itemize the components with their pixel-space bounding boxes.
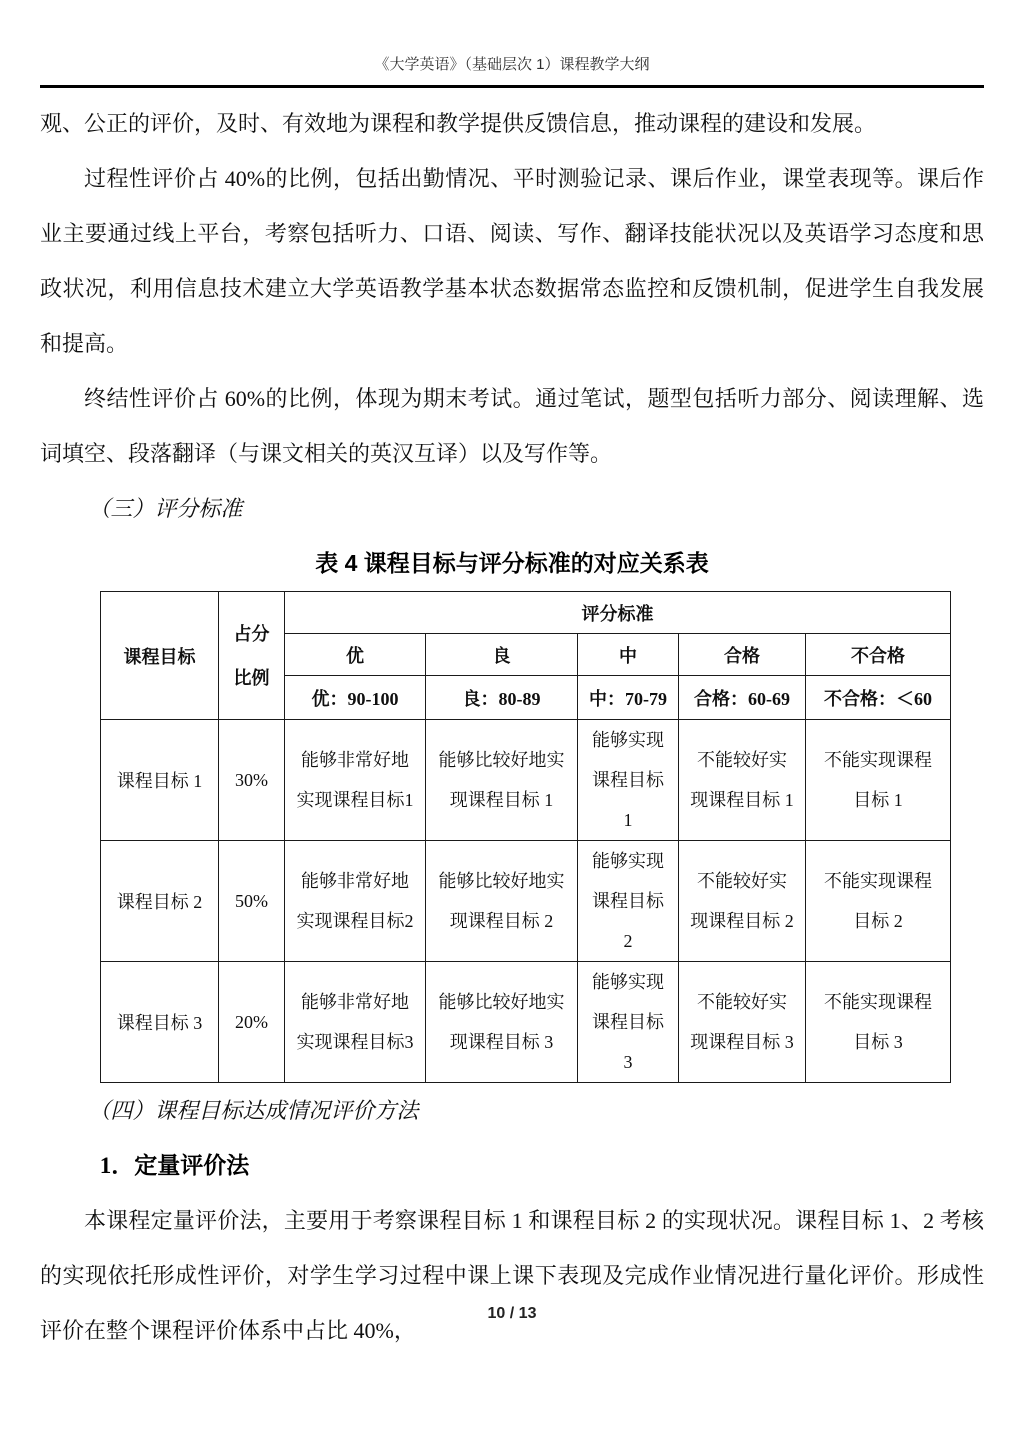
running-header: 《大学英语》（基础层次 1）课程教学大纲 xyxy=(40,0,984,88)
range-cell: 合格：60-69 xyxy=(679,676,806,720)
criteria-cell: 能够非常好地实现课程目标1 xyxy=(285,720,426,841)
criteria-cell: 能够非常好地实现课程目标3 xyxy=(285,962,426,1083)
paragraph: 终结性评价占 60%的比例，体现为期末考试。通过笔试，题型包括听力部分、阅读理解… xyxy=(40,371,984,481)
criteria-cell: 能够实现课程目标 1 xyxy=(578,720,679,841)
range-cell: 良：80-89 xyxy=(426,676,578,720)
table-caption: 表 4 课程目标与评分标准的对应关系表 xyxy=(40,536,984,591)
goal-cell: 课程目标 2 xyxy=(101,841,219,962)
section-heading-3: （三）评分标准 xyxy=(40,481,984,536)
criteria-cell: 不能实现课程目标 3 xyxy=(806,962,951,1083)
header-cell-goal: 课程目标 xyxy=(101,592,219,720)
grade-cell: 优 xyxy=(285,634,426,676)
page-number: 10 / 13 xyxy=(0,1305,1024,1323)
ratio-cell: 30% xyxy=(219,720,285,841)
subsection-heading-quantitative: 1．定量评价法 xyxy=(40,1138,984,1193)
table-row: 课程目标 2 50% 能够非常好地实现课程目标2 能够比较好地实现课程目标 2 … xyxy=(101,841,951,962)
header-cell-ratio-line1: 占分 xyxy=(229,612,274,656)
criteria-cell: 不能较好实现课程目标 2 xyxy=(679,841,806,962)
header-cell-standard: 评分标准 xyxy=(285,592,951,634)
document-page: 《大学英语》（基础层次 1）课程教学大纲 观、公正的评价，及时、有效地为课程和教… xyxy=(0,0,1024,1447)
grade-cell: 良 xyxy=(426,634,578,676)
criteria-cell: 不能实现课程目标 1 xyxy=(806,720,951,841)
document-body: 观、公正的评价，及时、有效地为课程和教学提供反馈信息，推动课程的建设和发展。 过… xyxy=(40,88,984,1358)
criteria-cell: 能够实现课程目标 2 xyxy=(578,841,679,962)
criteria-cell: 能够比较好地实现课程目标 1 xyxy=(426,720,578,841)
ratio-cell: 50% xyxy=(219,841,285,962)
goal-cell: 课程目标 3 xyxy=(101,962,219,1083)
grade-cell: 合格 xyxy=(679,634,806,676)
criteria-cell: 不能较好实现课程目标 1 xyxy=(679,720,806,841)
ratio-cell: 20% xyxy=(219,962,285,1083)
criteria-cell: 不能实现课程目标 2 xyxy=(806,841,951,962)
section-heading-4: （四）课程目标达成情况评价方法 xyxy=(40,1083,984,1138)
criteria-cell: 能够非常好地实现课程目标2 xyxy=(285,841,426,962)
grade-cell: 中 xyxy=(578,634,679,676)
criteria-cell: 不能较好实现课程目标 3 xyxy=(679,962,806,1083)
criteria-cell: 能够比较好地实现课程目标 2 xyxy=(426,841,578,962)
header-cell-ratio: 占分 比例 xyxy=(219,592,285,720)
criteria-cell: 能够实现课程目标 3 xyxy=(578,962,679,1083)
grade-cell: 不合格 xyxy=(806,634,951,676)
range-cell: 优：90-100 xyxy=(285,676,426,720)
table-row: 课程目标 1 30% 能够非常好地实现课程目标1 能够比较好地实现课程目标 1 … xyxy=(101,720,951,841)
paragraph: 观、公正的评价，及时、有效地为课程和教学提供反馈信息，推动课程的建设和发展。 xyxy=(40,96,984,151)
criteria-cell: 能够比较好地实现课程目标 3 xyxy=(426,962,578,1083)
header-cell-ratio-line2: 比例 xyxy=(229,656,274,700)
table-header-row: 课程目标 占分 比例 评分标准 xyxy=(101,592,951,634)
table-row: 课程目标 3 20% 能够非常好地实现课程目标3 能够比较好地实现课程目标 3 … xyxy=(101,962,951,1083)
grading-table: 课程目标 占分 比例 评分标准 优 良 中 合格 不合格 优：90-100 xyxy=(100,591,951,1083)
paragraph: 本课程定量评价法，主要用于考察课程目标 1 和课程目标 2 的实现状况。课程目标… xyxy=(40,1193,984,1358)
paragraph: 过程性评价占 40%的比例，包括出勤情况、平时测验记录、课后作业，课堂表现等。课… xyxy=(40,151,984,371)
range-cell: 不合格：＜60 xyxy=(806,676,951,720)
document-title: 《大学英语》（基础层次 1）课程教学大纲 xyxy=(374,56,649,73)
range-cell: 中：70-79 xyxy=(578,676,679,720)
goal-cell: 课程目标 1 xyxy=(101,720,219,841)
